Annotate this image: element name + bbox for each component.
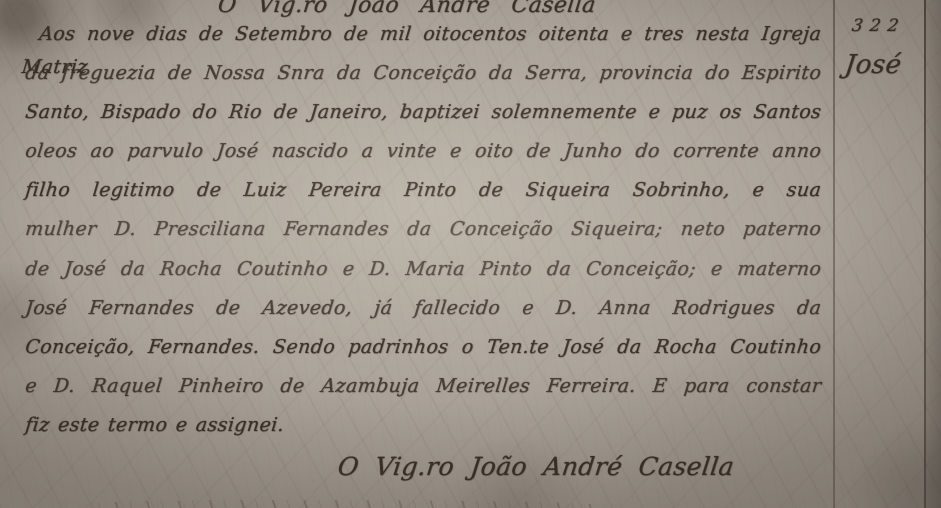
manuscript-line-9: Conceição, Fernandes. Sendo padrinhos o … (23, 331, 823, 370)
record-body-text: Aos nove dias de Setembro de mil oitocen… (27, 18, 823, 448)
vicar-signature: O Vig.ro João André Casella (336, 452, 736, 481)
manuscript-page: O Vig.ro João André Casella Aos nove dia… (0, 0, 941, 508)
margin-child-name: José (843, 50, 903, 80)
margin-rule-line (833, 0, 835, 508)
manuscript-line-3: Santo, Bispado do Rio de Janeiro, baptiz… (23, 96, 823, 135)
margin-record-number: 322 (851, 16, 907, 36)
manuscript-line-4: oleos ao parvulo José nascido a vinte e … (23, 135, 823, 174)
manuscript-line-2: da freguezia de Nossa Snra da Conceição … (23, 57, 823, 96)
next-record-partial-strokes (86, 500, 606, 508)
previous-record-signature: O Vig.ro João André Casella (217, 0, 597, 18)
manuscript-line-1: Aos nove dias de Setembro de mil oitocen… (23, 18, 823, 57)
page-edge-strip (926, 0, 941, 508)
manuscript-line-5: filho legitimo de Luiz Pereira Pinto de … (23, 174, 823, 213)
manuscript-line-8: José Fernandes de Azevedo, já fallecido … (23, 292, 823, 331)
manuscript-line-11: fiz este termo e assignei. (23, 409, 823, 448)
manuscript-line-10: e D. Raquel Pinheiro de Azambuja Meirell… (23, 370, 823, 409)
manuscript-line-7: de José da Rocha Coutinho e D. Maria Pin… (23, 253, 823, 292)
manuscript-line-6: mulher D. Presciliana Fernandes da Conce… (23, 213, 823, 252)
